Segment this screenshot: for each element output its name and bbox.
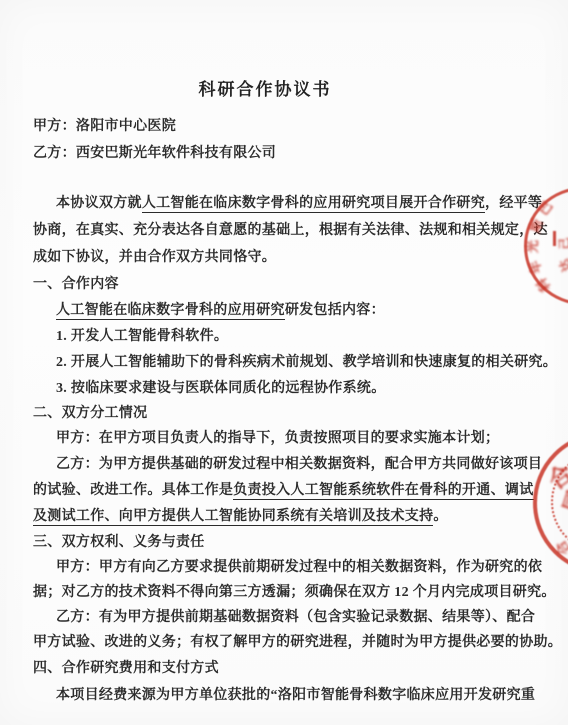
list-item-2: 2. 开展人工智能辅助下的骨科疾病术前规划、教学培训和快速康复的相关研究。 <box>56 353 557 373</box>
seal-character: 光 <box>522 240 541 254</box>
preamble-line: 本协议双方就人工智能在临床数字骨科的应用研究项目展开合作研究，经平等 <box>56 194 542 214</box>
scanned-contract-page: 科研合作协议书 甲方：洛阳市中心医院 乙方：西安巴斯光年软件科技有限公司 本协议… <box>0 0 568 725</box>
list-item-3: 3. 按临床要求建设与医联体同质化的远程协作系统。 <box>56 379 386 399</box>
funding-source-line: 本项目经费来源为甲方单位获批的“洛阳市智能骨科数字临床应用开发研究重 <box>56 686 535 706</box>
section-heading-1: 一、合作内容 <box>33 275 119 295</box>
party-b-line: 乙方：西安巴斯光年软件科技有限公司 <box>33 144 276 164</box>
underlined-duty-text: 负责投入人工智能系统软件在骨科的开通、调试 <box>233 483 533 500</box>
underlined-duty-text: 及测试工作、向甲方提供人工智能协同系统有关培训及技术支持 <box>33 509 433 526</box>
document-title: 科研合作协议书 <box>0 75 530 100</box>
party-b-rights-line: 甲方试验、改进的义务；有权了解甲方的研究进程，并随时为甲方提供必要的协助。 <box>33 633 562 653</box>
party-a-rights-line: 甲方：甲方有向乙方要求提供前期研发过程中的相关数据资料，作为研究的依 <box>56 558 542 578</box>
party-b-duty-line: 乙方：为甲方提供基础的研发过程中相关数据资料，配合甲方共同做好该项目 <box>56 455 542 475</box>
section-heading-2: 二、双方分工情况 <box>33 404 147 424</box>
party-b-duty-line: 的试验、改进工作。具体工作是负责投入人工智能系统软件在骨科的开通、调试 <box>33 481 534 501</box>
section-heading-3: 三、双方权利、义务与责任 <box>33 533 205 553</box>
preamble-line: 协商，在真实、充分表达各自意愿的基础上，根据有关法律、法规和相关规定，达 <box>33 221 548 241</box>
section-heading-4: 四、合作研究费用和支付方式 <box>33 659 219 679</box>
party-a-duty-line: 甲方：在甲方项目负责人的指导下，负责按照项目的要求实施本计划； <box>56 429 499 449</box>
seal-divider-mark <box>553 231 556 246</box>
underlined-research-title: 人工智能在临床数字骨科的应用研究 <box>56 303 285 320</box>
party-b-rights-line: 乙方：有为甲方提供前期基础数据资料（包含实验记录数据、结果等）、配合 <box>56 608 535 628</box>
preamble-line: 成如下协议，并由合作双方共同恪守。 <box>33 248 276 268</box>
party-b-duty-line: 及测试工作、向甲方提供人工智能协同系统有关培训及技术支持。 <box>33 507 448 527</box>
underlined-project-name: 人工智能在临床数字骨科的应用研究项目展开合作研究 <box>142 196 485 213</box>
list-item-1: 1. 开发人工智能骨科软件。 <box>56 327 228 347</box>
section1-intro-line: 人工智能在临床数字骨科的应用研究研发包括内容： <box>56 301 385 321</box>
party-a-line: 甲方：洛阳市中心医院 <box>33 117 176 137</box>
seal-character: 己 <box>555 237 568 250</box>
party-a-rights-line: 据；对乙方的技术资料不得向第三方透漏；须确保在双方 12 个月内完成项目研究。 <box>33 583 556 603</box>
